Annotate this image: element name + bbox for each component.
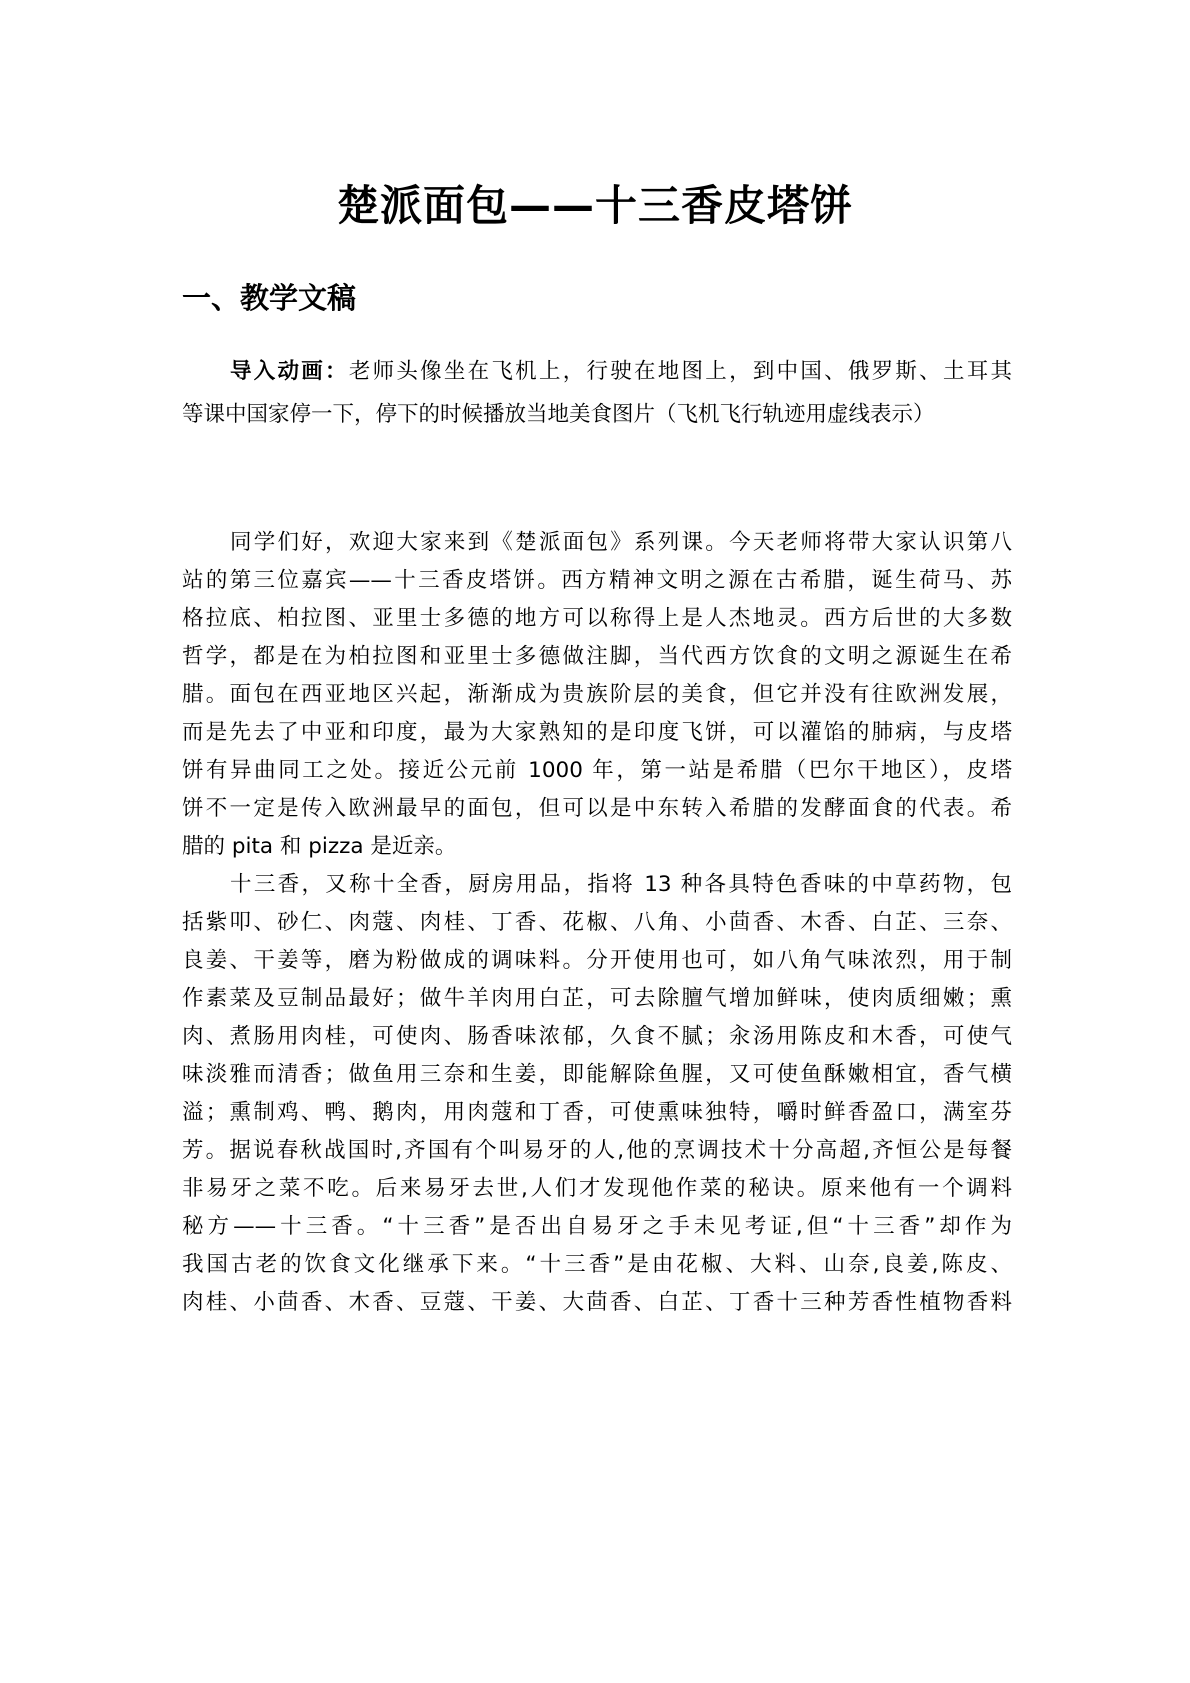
paragraph1-line: 格拉底、柏拉图、亚里士多德的地方可以称得上是人杰地灵。西方后世的大多数 <box>182 604 1012 634</box>
paragraph2-line: 肉桂、小茴香、木香、豆蔻、干姜、大茴香、白芷、丁香十三种芳香性植物香料 <box>182 1288 1012 1318</box>
paragraph2-line: 秘方——十三香。“十三香”是否出自易牙之手未见考证,但“十三香”却作为 <box>182 1212 1012 1242</box>
paragraph2-line: 溢；熏制鸡、鸭、鹅肉，用肉蔻和丁香，可使熏味独特，嚼时鲜香盈口，满室芬 <box>182 1098 1012 1128</box>
section-heading: 一、教学文稿 <box>182 278 356 318</box>
paragraph2-line: 非易牙之菜不吃。后来易牙去世,人们才发现他作菜的秘诀。原来他有一个调料 <box>182 1174 1012 1204</box>
paragraph2-line: 我国古老的饮食文化继承下来。“十三香”是由花椒、大料、山奈,良姜,陈皮、 <box>182 1250 1012 1280</box>
paragraph1-line: 饼不一定是传入欧洲最早的面包，但可以是中东转入希腊的发酵面食的代表。希 <box>182 794 1012 824</box>
document-title: 楚派面包——十三香皮塔饼 <box>0 178 1190 234</box>
paragraph1-line: 同学们好，欢迎大家来到《楚派面包》系列课。今天老师将带大家认识第八 <box>230 528 1012 558</box>
paragraph2-line: 十三香，又称十全香，厨房用品，指将 13 种各具特色香味的中草药物，包 <box>230 870 1012 900</box>
paragraph1-line: 哲学，都是在为柏拉图和亚里士多德做注脚，当代西方饮食的文明之源诞生在希 <box>182 642 1012 672</box>
paragraph2-line: 括紫叩、砂仁、肉蔻、肉桂、丁香、花椒、八角、小茴香、木香、白芷、三奈、 <box>182 908 1012 938</box>
paragraph1-line: 饼有异曲同工之处。接近公元前 1000 年，第一站是希腊（巴尔干地区），皮塔 <box>182 756 1012 786</box>
paragraph1-line: 腊。面包在西亚地区兴起，渐渐成为贵族阶层的美食，但它并没有往欧洲发展， <box>182 680 1012 710</box>
paragraph2-line: 良姜、干姜等，磨为粉做成的调味料。分开使用也可，如八角气味浓烈，用于制 <box>182 946 1012 976</box>
paragraph1-line: 而是先去了中亚和印度，最为大家熟知的是印度飞饼，可以灌馅的肺病，与皮塔 <box>182 718 1012 748</box>
paragraph2-line: 作素菜及豆制品最好；做牛羊肉用白芷，可去除膻气增加鲜味，使肉质细嫩；熏 <box>182 984 1012 1014</box>
intro-text: 老师头像坐在飞机上，行驶在地图上，到中国、俄罗斯、土耳其 <box>349 359 1012 384</box>
paragraph2-line: 味淡雅而清香；做鱼用三奈和生姜，即能解除鱼腥，又可使鱼酥嫩相宜，香气横 <box>182 1060 1012 1090</box>
document-page: 楚派面包——十三香皮塔饼 一、教学文稿 导入动画：老师头像坐在飞机上，行驶在地图… <box>0 0 1190 1683</box>
paragraph2-line: 肉、煮肠用肉桂，可使肉、肠香味浓郁，久食不腻；汆汤用陈皮和木香，可使气 <box>182 1022 1012 1052</box>
intro-line-1: 导入动画：老师头像坐在飞机上，行驶在地图上，到中国、俄罗斯、土耳其 <box>230 357 1012 387</box>
paragraph2-line: 芳。据说春秋战国时,齐国有个叫易牙的人,他的烹调技术十分高超,齐恒公是每餐 <box>182 1136 1012 1166</box>
intro-label: 导入动画： <box>230 359 349 384</box>
paragraph1-line: 站的第三位嘉宾——十三香皮塔饼。西方精神文明之源在古希腊，诞生荷马、苏 <box>182 566 1012 596</box>
paragraph1-line: 腊的 pita 和 pizza 是近亲。 <box>182 832 1012 862</box>
intro-line-2: 等课中国家停一下，停下的时候播放当地美食图片（飞机飞行轨迹用虚线表示） <box>182 400 1012 430</box>
